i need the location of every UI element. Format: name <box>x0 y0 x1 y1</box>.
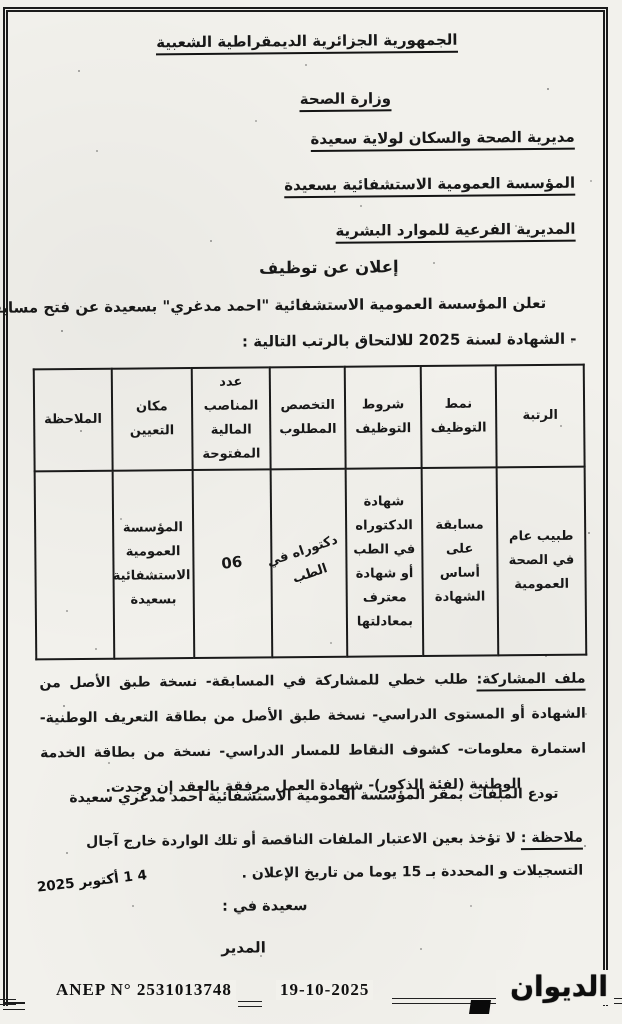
col-header-assignment-place: مكان التعيين <box>111 368 192 471</box>
intro-line-1: تعلن المؤسسة العمومية الاستشفائية "احمد … <box>0 294 546 318</box>
document-content: الجمهورية الجزائرية الديمقراطية الشعبية … <box>0 0 622 1024</box>
hr-subdirectorate-line: المديرية الفرعية للموارد البشرية <box>335 220 575 240</box>
cell-rank: طبيب عام في الصحة العمومية <box>497 467 587 656</box>
table-header-row: الرتبة نمط التوظيف شروط التوظيف التخصص ا… <box>34 365 585 472</box>
cell-conditions: شهادة الدكتوراه في الطب أو شهادة معترف ب… <box>346 468 423 657</box>
participation-file-heading: ملف المشاركة: <box>477 671 586 692</box>
participation-file-paragraph: ملف المشاركة: طلب خطي للمشاركة في المساب… <box>39 662 586 807</box>
anep-agency-logo: الديوان <box>452 968 620 1014</box>
cell-open-posts-value: 06 <box>220 549 244 579</box>
anep-reference: ANEP N° 2531013748 <box>52 980 236 1000</box>
cell-assignment-place: المؤسسة العمومية الاستشفائية بسعيدة <box>112 470 194 659</box>
announcement-title: إعلان عن توظيف <box>0 255 622 280</box>
col-header-open-posts: عدد المناصب المالية المفتوحة <box>192 367 271 470</box>
place-and-date-line: سعيدة في : <box>222 898 307 915</box>
recruitment-table: الرتبة نمط التوظيف شروط التوظيف التخصص ا… <box>33 364 588 661</box>
note-text: لا تؤخذ بعين الاعتبار الملفات الناقصة أو… <box>86 830 583 881</box>
note-heading: ملاحظة : <box>521 830 583 851</box>
footer-rule-left <box>0 999 16 1005</box>
agency-logo-icon <box>469 1000 491 1014</box>
intro-line-2: - الشهادة لسنة 2025 للالتحاق بالرتب التا… <box>242 330 577 351</box>
cell-specialty-text: دكتوراه في الطب <box>264 529 349 598</box>
cell-remark <box>35 471 114 660</box>
col-header-remark: الملاحظة <box>34 369 112 472</box>
col-header-specialty: التخصص المطلوب <box>270 367 346 470</box>
publication-date: 19-10-2025 <box>276 980 373 1000</box>
republic-title: الجمهورية الجزائرية الديمقراطية الشعبية <box>0 29 618 52</box>
cell-specialty: دكتوراه في الطب <box>271 469 348 658</box>
table-row: طبيب عام في الصحة العمومية مسابقة على أس… <box>35 467 587 660</box>
republic-title-text: الجمهورية الجزائرية الديمقراطية الشعبية <box>156 31 458 56</box>
ministry-title: وزارة الصحة <box>0 87 622 111</box>
col-header-conditions: شروط التوظيف <box>345 366 421 469</box>
health-directorate-text: مديرية الصحة والسكان لولاية سعيدة <box>310 128 574 152</box>
footer-rule-middle <box>238 1001 262 1007</box>
hospital-establishment-text: المؤسسة العمومية الاستشفائية بسعيدة <box>284 174 575 199</box>
director-signature-label: المدير <box>221 938 266 956</box>
agency-logo-text: الديوان <box>496 970 614 1005</box>
hr-subdirectorate-text: المديرية الفرعية للموارد البشرية <box>335 220 575 244</box>
deposit-instruction-line: تودع الملفات بمقر المؤسسة العمومية الاست… <box>69 786 558 806</box>
col-header-recruitment-mode: نمط التوظيف <box>420 365 496 468</box>
cell-recruitment-mode: مسابقة على أساس الشهادة <box>421 468 498 657</box>
health-directorate-line: مديرية الصحة والسكان لولاية سعيدة <box>310 128 574 148</box>
scanned-document: الجمهورية الجزائرية الديمقراطية الشعبية … <box>0 0 622 1024</box>
cell-open-posts: 06 <box>193 470 273 659</box>
hospital-establishment-line: المؤسسة العمومية الاستشفائية بسعيدة <box>284 174 575 195</box>
col-header-rank: الرتبة <box>496 365 585 468</box>
ministry-title-text: وزارة الصحة <box>300 89 391 112</box>
